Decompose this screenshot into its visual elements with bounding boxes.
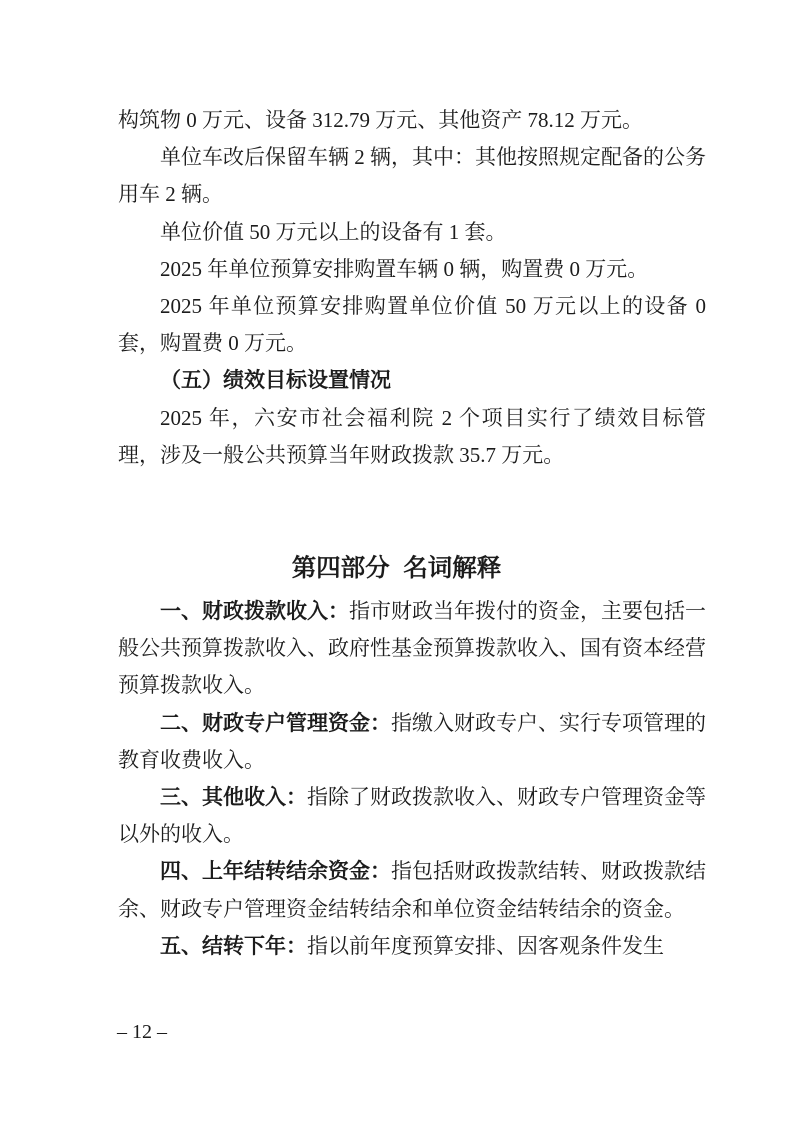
- definition-item: 四、上年结转结余资金：指包括财政拨款结转、财政拨款结余、财政专户管理资金结转结余…: [118, 853, 706, 927]
- definition-term: 三、其他收入：: [160, 786, 307, 809]
- definition-text: 指以前年度预算安排、因客观条件发生: [307, 934, 664, 958]
- paragraph: 2025 年单位预算安排购置单位价值 50 万元以上的设备 0 套，购置费 0 …: [118, 288, 706, 362]
- paragraph: 单位价值 50 万元以上的设备有 1 套。: [118, 214, 706, 251]
- document-page: 构筑物 0 万元、设备 312.79 万元、其他资产 78.12 万元。 单位车…: [0, 0, 793, 1122]
- section-title: 第四部分 名词解释: [0, 548, 793, 590]
- definition-item: 一、财政拨款收入：指市财政当年拨付的资金，主要包括一般公共预算拨款收入、政府性基…: [118, 593, 706, 705]
- page-number: – 12 –: [117, 1020, 167, 1044]
- subsection-heading: （五）绩效目标设置情况: [118, 362, 706, 399]
- paragraph: 2025 年，六安市社会福利院 2 个项目实行了绩效目标管理，涉及一般公共预算当…: [118, 400, 706, 474]
- definition-term: 五、结转下年：: [160, 935, 307, 958]
- body-text-definitions: 一、财政拨款收入：指市财政当年拨付的资金，主要包括一般公共预算拨款收入、政府性基…: [118, 593, 706, 965]
- paragraph: 构筑物 0 万元、设备 312.79 万元、其他资产 78.12 万元。: [118, 102, 706, 139]
- definition-item: 三、其他收入：指除了财政拨款收入、财政专户管理资金等以外的收入。: [118, 779, 706, 853]
- paragraph: 2025 年单位预算安排购置车辆 0 辆，购置费 0 万元。: [118, 251, 706, 288]
- body-text-upper: 构筑物 0 万元、设备 312.79 万元、其他资产 78.12 万元。 单位车…: [118, 102, 706, 474]
- definition-term: 一、财政拨款收入：: [160, 600, 349, 623]
- definition-item: 二、财政专户管理资金：指缴入财政专户、实行专项管理的教育收费收入。: [118, 705, 706, 779]
- definition-term: 二、财政专户管理资金：: [160, 712, 391, 735]
- paragraph: 单位车改后保留车辆 2 辆，其中：其他按照规定配备的公务用车 2 辆。: [118, 139, 706, 213]
- definition-term: 四、上年结转结余资金：: [160, 860, 391, 883]
- definition-item: 五、结转下年：指以前年度预算安排、因客观条件发生: [118, 928, 706, 965]
